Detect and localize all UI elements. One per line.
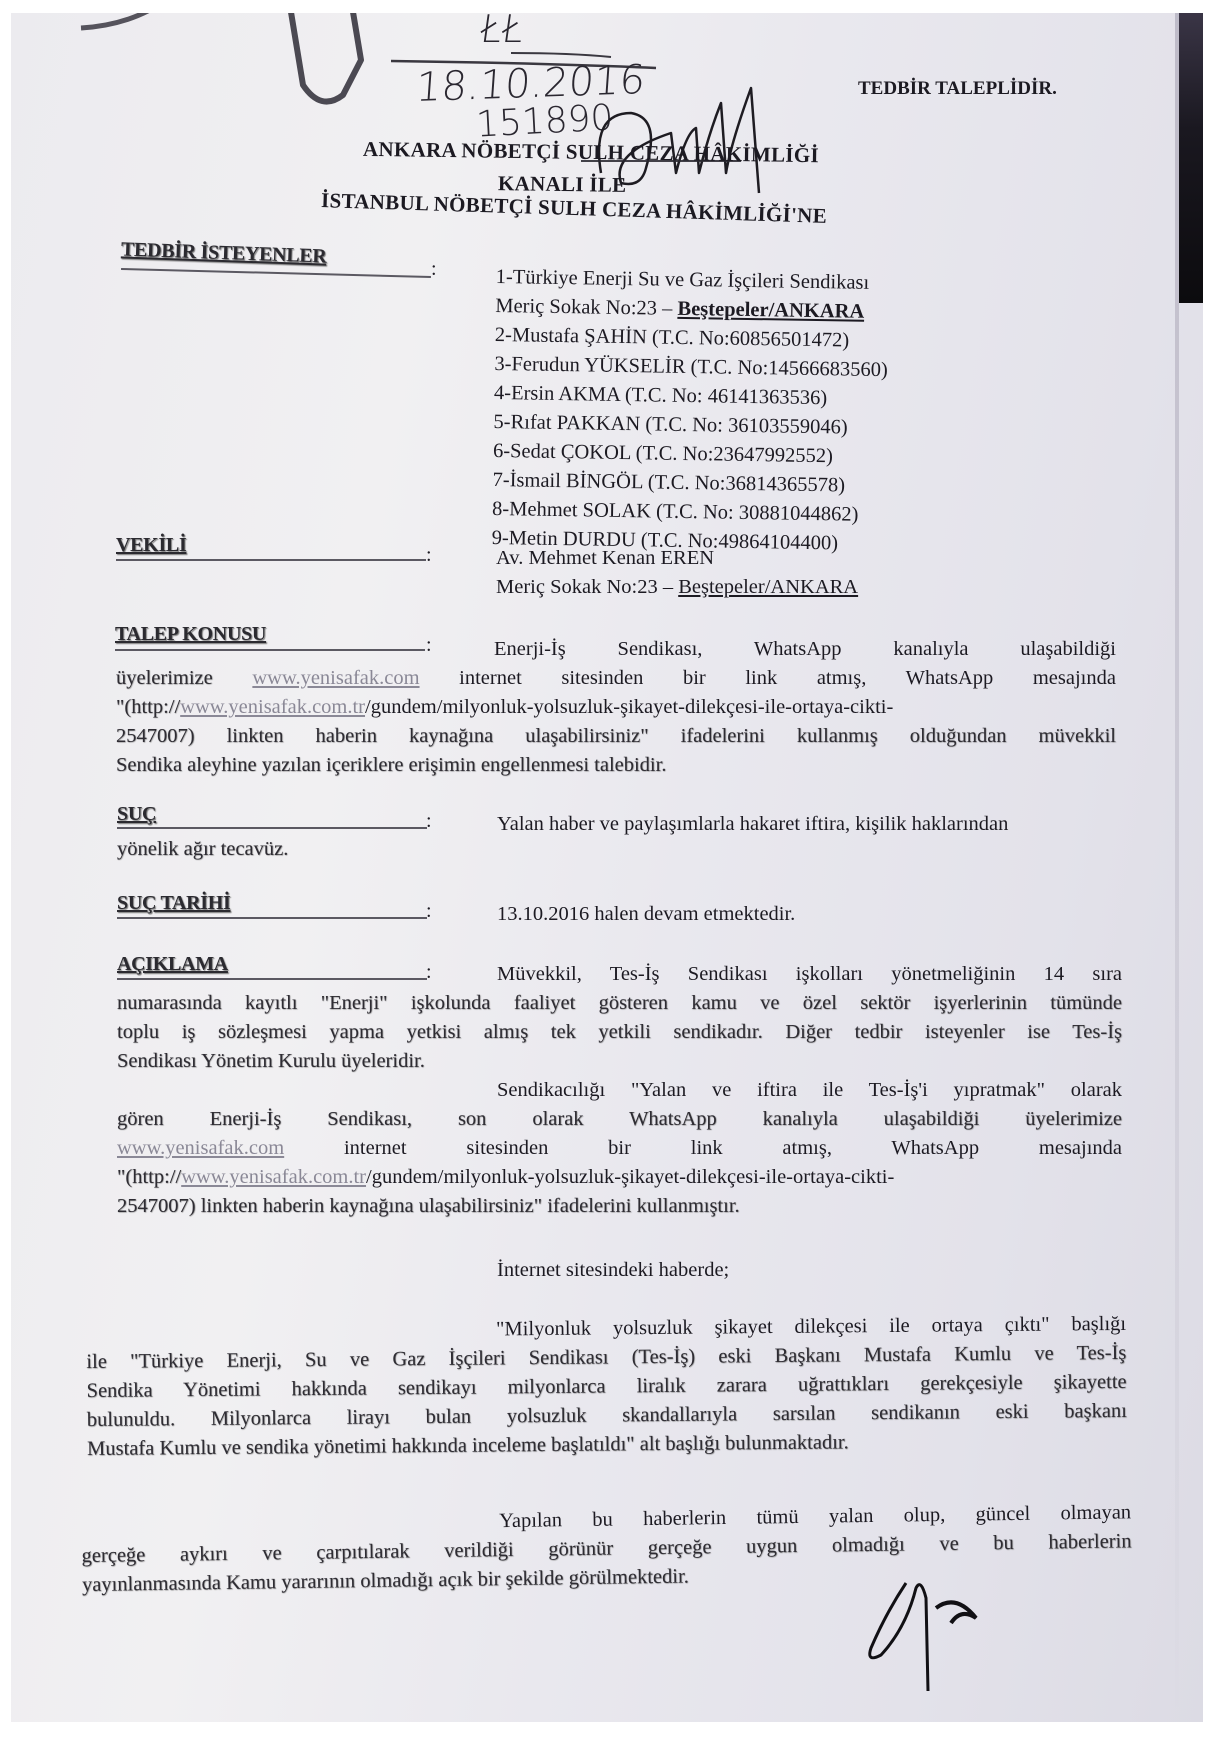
court-header-line1: ANKARA NÖBETÇİ SULH CEZA HÂKİMLİĞİ bbox=[363, 137, 819, 168]
link-yenisafak[interactable]: www.yenisafak.com bbox=[252, 667, 419, 689]
document-page: ŁŁ 18.10.2016 151890 TEDBİR TALEPLİDİR. … bbox=[11, 13, 1203, 1722]
requester-list: 1-Türkiye Enerji Su ve Gaz İşçileri Send… bbox=[491, 263, 889, 559]
link-yenisafak[interactable]: www.yenisafak.com bbox=[117, 1137, 284, 1159]
explanation-paragraph-2: Sendikacılığı "Yalan ve iftira ile Tes-İ… bbox=[117, 1076, 1122, 1221]
link-yenisafak-tr[interactable]: www.yenisafak.com.tr bbox=[181, 1166, 366, 1188]
section-label-vekili: VEKİLİ bbox=[116, 534, 186, 557]
label-underline bbox=[117, 827, 427, 829]
explanation-paragraph-4: "Milyonluk yolsuzluk şikayet dilekçesi i… bbox=[86, 1310, 1127, 1464]
label-underline bbox=[121, 268, 431, 278]
attorney-block: Av. Mehmet Kenan EREN Meriç Sokak No:23 … bbox=[496, 544, 858, 602]
section-label-tedbir-isteyenler: TEDBİR İSTEYENLER bbox=[121, 238, 327, 268]
attorney-name: Av. Mehmet Kenan EREN bbox=[496, 544, 858, 573]
label-colon: : bbox=[426, 810, 432, 833]
request-subject-text: Enerji-İş Sendikası, WhatsApp kanalıyla … bbox=[116, 635, 1116, 780]
tedbir-stamp: TEDBİR TALEPLİDİR. bbox=[858, 78, 1057, 100]
address-underlined: Beştepeler/ANKARA bbox=[677, 298, 864, 323]
underlying-sheet bbox=[1179, 13, 1203, 303]
section-label-suc: SUÇ bbox=[117, 803, 156, 826]
paperclip-icon bbox=[71, 13, 371, 130]
label-underline bbox=[117, 917, 427, 919]
explanation-paragraph-3: İnternet sitesindeki haberde; bbox=[497, 1256, 729, 1285]
signature-icon bbox=[866, 1573, 996, 1693]
label-colon: : bbox=[426, 544, 432, 567]
offense-text-1: Yalan haber ve paylaşımlarla hakaret ift… bbox=[497, 810, 1008, 839]
link-yenisafak-tr[interactable]: www.yenisafak.com.tr bbox=[180, 696, 365, 718]
label-colon: : bbox=[426, 900, 432, 923]
attorney-address: Meriç Sokak No:23 – Beştepeler/ANKARA bbox=[496, 573, 858, 602]
explanation-paragraph-1: Müvekkil, Tes-İş Sendikası işkolları yön… bbox=[117, 960, 1122, 1076]
label-underline bbox=[116, 559, 426, 561]
offense-date: 13.10.2016 halen devam etmektedir. bbox=[497, 900, 795, 929]
label-colon: : bbox=[431, 258, 437, 281]
offense-text-2: yönelik ağır tecavüz. bbox=[117, 835, 288, 864]
section-label-suc-tarihi: SUÇ TARİHİ bbox=[117, 892, 231, 915]
